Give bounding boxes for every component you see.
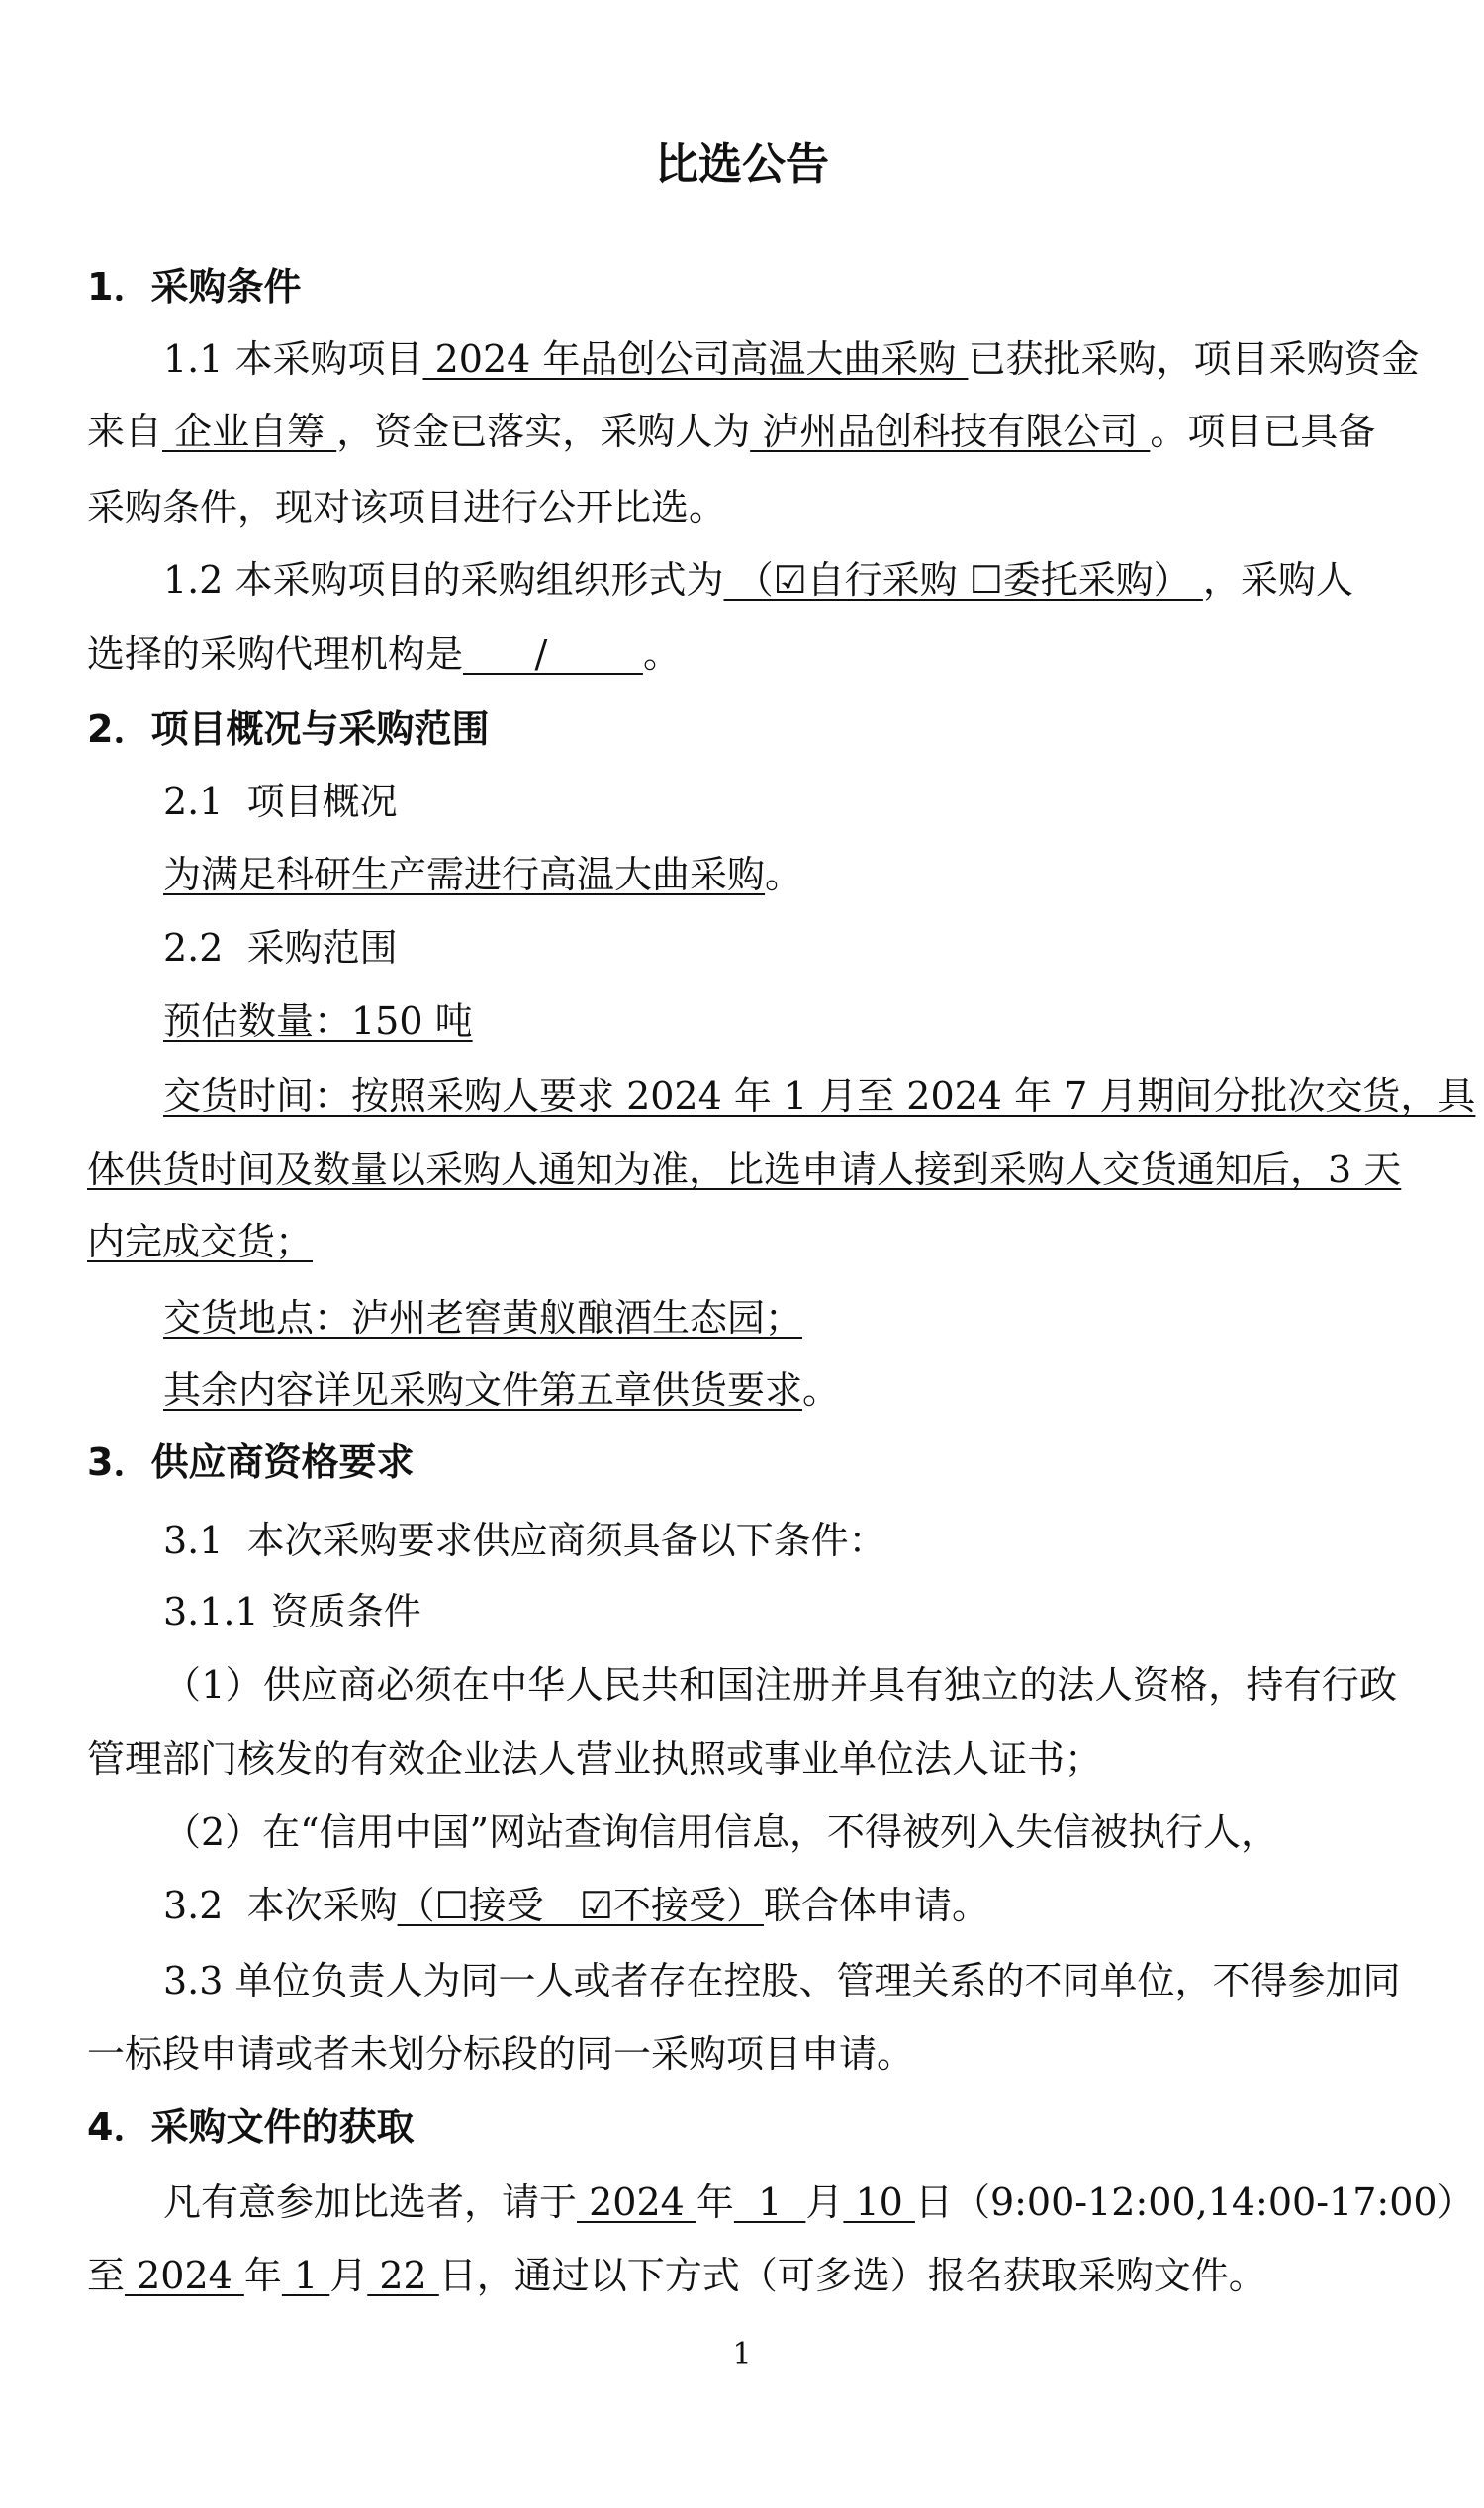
end-year: 2024: [125, 2254, 244, 2297]
text: 日，通过以下方式（可多选）报名获取采购文件。: [439, 2254, 1266, 2297]
text: 凡有意参加比选者，请于: [163, 2181, 577, 2224]
text: 来自: [87, 410, 162, 453]
text: 3.2 本次采购: [163, 1884, 398, 1927]
project-name: 2024 年品创公司高温大曲采购: [423, 337, 969, 381]
qualification-item-2: （2）在“信用中国”网站查询信用信息，不得被列入失信被执行人，: [163, 1809, 1278, 1856]
text: 月: [805, 2181, 843, 2224]
para-1-2-line-2: 选择的采购代理机构是 / 。: [87, 630, 681, 678]
subsection-3-3-line-2: 一标段申请或者未划分标段的同一采购项目申请。: [87, 2030, 914, 2078]
document-title: 比选公告: [0, 129, 1484, 192]
text: 。: [643, 632, 681, 676]
end-month: 1: [282, 2254, 329, 2297]
section-4-heading: 4．采购文件的获取: [87, 2103, 414, 2151]
text: 年: [244, 2254, 282, 2297]
subsection-2-2: 2.2 采购范围: [163, 924, 398, 972]
text: 。: [802, 1368, 840, 1412]
text: 已获批采购，项目采购资金: [968, 337, 1419, 381]
para-1-1-line-1: 1.1 本采购项目 2024 年品创公司高温大曲采购 已获批采购，项目采购资金: [163, 335, 1419, 383]
start-month: 1: [734, 2181, 806, 2224]
para-1-2-line-1: 1.2 本采购项目的采购组织形式为 （☑自行采购 ☐委托采购） ，采购人: [163, 556, 1353, 604]
consortium-checkboxes: （☐接受 ☑不接受）: [398, 1884, 764, 1927]
text: 选择的采购代理机构是: [87, 632, 463, 676]
page-number: 1: [0, 2337, 1484, 2371]
text: 联合体申请。: [764, 1884, 989, 1927]
qualification-item-1-line-1: （1）供应商必须在中华人民共和国注册并具有独立的法人资格，持有行政: [163, 1661, 1397, 1709]
delivery-time-line-1: 交货时间：按照采购人要求 2024 年 1 月至 2024 年 7 月期间分批次…: [163, 1072, 1397, 1120]
project-overview: 为满足科研生产需进行高温大曲采购。: [163, 851, 802, 898]
text: ，资金已落实，采购人为: [336, 410, 750, 453]
section-3-heading: 3．供应商资格要求: [87, 1439, 414, 1486]
start-year: 2024: [577, 2181, 696, 2224]
subsection-3-3-line-1: 3.3 单位负责人为同一人或者存在控股、管理关系的不同单位，不得参加同: [163, 1957, 1397, 2004]
text: 。项目已具备: [1150, 410, 1375, 453]
estimated-quantity: 预估数量：150 吨: [163, 997, 473, 1045]
quantity-text: 预估数量：150 吨: [163, 999, 473, 1043]
qualification-item-1-line-2: 管理部门核发的有效企业法人营业执照或事业单位法人证书；: [87, 1735, 1102, 1783]
acquisition-period-line-1: 凡有意参加比选者，请于 2024 年 1 月 10 日（9:00-12:00,1…: [163, 2179, 1475, 2226]
other-requirements: 其余内容详见采购文件第五章供货要求。: [163, 1366, 840, 1414]
delivery-time-line-2: 体供货时间及数量以采购人通知为准，比选申请人接到采购人交货通知后，3 天: [87, 1146, 1397, 1193]
text: 1.2 本采购项目的采购组织形式为: [163, 558, 724, 602]
para-1-1-line-2: 来自 企业自筹 ，资金已落实，采购人为 泸州品创科技有限公司 。项目已具备: [87, 408, 1375, 455]
organization-form-checkboxes: （☑自行采购 ☐委托采购）: [724, 558, 1203, 602]
purchaser-name: 泸州品创科技有限公司: [750, 410, 1150, 453]
subsection-2-1: 2.1 项目概况: [163, 778, 398, 825]
section-1-heading: 1．采购条件: [87, 263, 301, 311]
text: 年: [696, 2181, 734, 2224]
text: 。: [765, 853, 802, 896]
acquisition-period-line-2: 至 2024 年 1 月 22 日，通过以下方式（可多选）报名获取采购文件。: [87, 2252, 1266, 2299]
subsection-3-1-1: 3.1.1 资质条件: [163, 1588, 421, 1635]
section-2-heading: 2．项目概况与采购范围: [87, 705, 489, 753]
text: 至: [87, 2254, 125, 2297]
text: 月: [329, 2254, 367, 2297]
start-day: 10: [843, 2181, 915, 2224]
text: ，采购人: [1203, 558, 1353, 602]
para-1-1-line-3: 采购条件，现对该项目进行公开比选。: [87, 484, 726, 531]
text: 日（9:00-12:00,14:00-17:00）: [915, 2181, 1475, 2224]
fund-source: 企业自筹: [162, 410, 336, 453]
subsection-3-2: 3.2 本次采购（☐接受 ☑不接受）联合体申请。: [163, 1882, 989, 1929]
delivery-place: 交货地点：泸州老窖黄舣酿酒生态园；: [163, 1294, 802, 1342]
overview-text: 为满足科研生产需进行高温大曲采购: [163, 853, 765, 896]
other-text: 其余内容详见采购文件第五章供货要求: [163, 1368, 802, 1412]
subsection-3-1: 3.1 本次采购要求供应商须具备以下条件：: [163, 1517, 886, 1564]
text: 1.1 本采购项目: [163, 337, 423, 381]
end-day: 22: [367, 2254, 439, 2297]
agency-blank: /: [463, 632, 643, 676]
delivery-time-line-3: 内完成交货；: [87, 1218, 313, 1265]
